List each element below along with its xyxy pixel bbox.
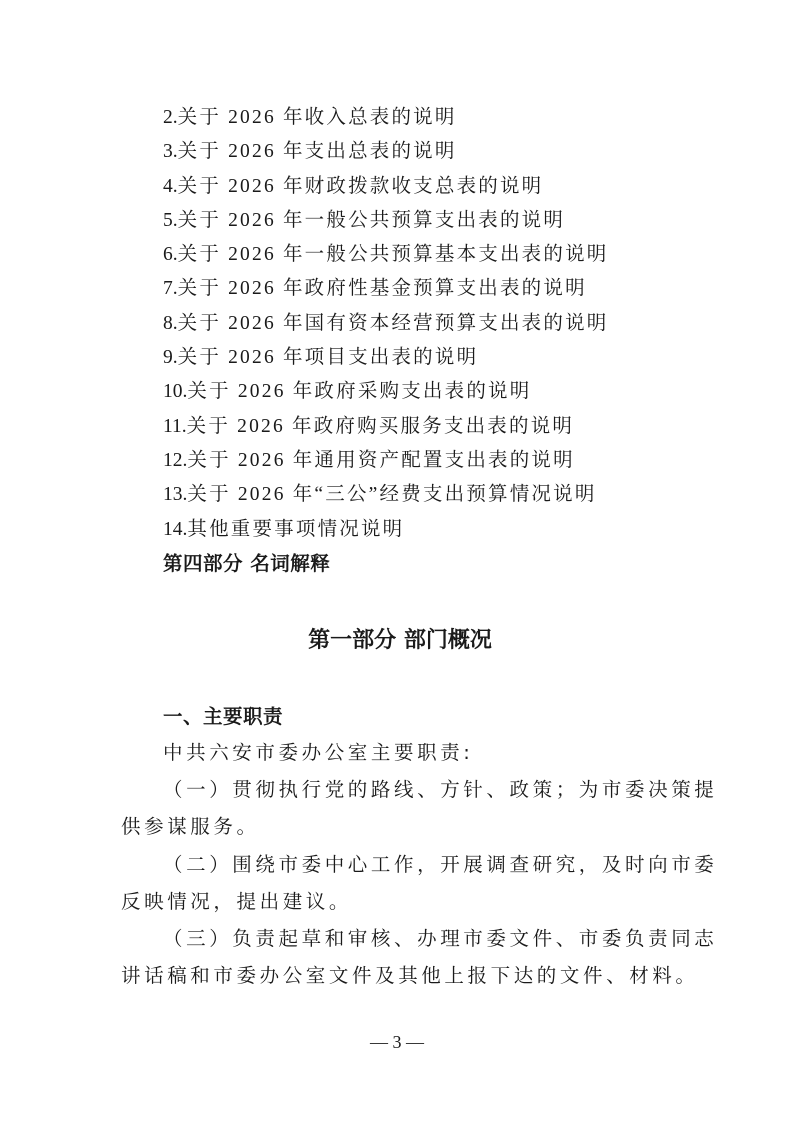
toc-item-text: 关于 2026 年一般公共预算支出表的说明 [178,210,565,231]
toc-item-number: 4. [163,176,178,197]
toc-item: 3.关于 2026 年支出总表的说明 [163,135,683,169]
toc-item: 11.关于 2026 年政府购买服务支出表的说明 [163,410,683,444]
toc-item-number: 12. [163,450,187,471]
toc-item-text: 关于 2026 年国有资本经营预算支出表的说明 [178,313,609,334]
paragraph: （三）负责起草和审核、办理市委文件、市委负责同志 讲话稿和市委办公室文件及其他上… [121,920,681,994]
paragraph: （二）围绕市委中心工作，开展调查研究，及时向市委 反映情况，提出建议。 [121,846,681,920]
toc-item-number: 11. [163,416,187,437]
toc-item-number: 7. [163,278,178,299]
toc-item-text: 其他重要事项情况说明 [187,519,404,540]
paragraph: 中共六安市委办公室主要职责: [121,734,681,771]
paragraph-line: 反映情况，提出建议。 [121,883,681,920]
toc-item: 8.关于 2026 年国有资本经营预算支出表的说明 [163,307,683,341]
toc-item: 10.关于 2026 年政府采购支出表的说明 [163,375,683,409]
toc-item: 2.关于 2026 年收入总表的说明 [163,101,683,135]
toc-item-text: 关于 2026 年收入总表的说明 [178,107,457,128]
toc-item: 9.关于 2026 年项目支出表的说明 [163,341,683,375]
paragraph-line: 供参谋服务。 [121,808,681,845]
toc-item-number: 2. [163,107,178,128]
toc-item: 5.关于 2026 年一般公共预算支出表的说明 [163,204,683,238]
toc-item-number: 6. [163,244,178,265]
toc-item: 12.关于 2026 年通用资产配置支出表的说明 [163,444,683,478]
document-page: 2.关于 2026 年收入总表的说明 3.关于 2026 年支出总表的说明 4.… [0,0,794,1122]
toc-item-text: 关于 2026 年支出总表的说明 [178,141,457,162]
paragraph-line: 讲话稿和市委办公室文件及其他上报下达的文件、材料。 [121,957,681,994]
toc-item-text: 关于 2026 年一般公共预算基本支出表的说明 [178,244,609,265]
toc-item-number: 3. [163,141,178,162]
toc-part-heading: 第四部分 名词解释 [163,547,683,581]
toc-item: 7.关于 2026 年政府性基金预算支出表的说明 [163,272,683,306]
section-subheading: 一、主要职责 [163,700,283,734]
toc-item-text: 关于 2026 年通用资产配置支出表的说明 [187,450,574,471]
paragraph-line: （三）负责起草和审核、办理市委文件、市委负责同志 [121,920,681,957]
toc-item: 4.关于 2026 年财政拨款收支总表的说明 [163,170,683,204]
toc-item-text: 关于 2026 年政府性基金预算支出表的说明 [178,278,587,299]
toc-item: 14.其他重要事项情况说明 [163,513,683,547]
toc-item-text: 关于 2026 年财政拨款收支总表的说明 [178,176,544,197]
paragraph: （一）贯彻执行党的路线、方针、政策；为市委决策提 供参谋服务。 [121,771,681,845]
toc-item: 6.关于 2026 年一般公共预算基本支出表的说明 [163,238,683,272]
toc-item-number: 8. [163,313,178,334]
section-body: 中共六安市委办公室主要职责: （一）贯彻执行党的路线、方针、政策；为市委决策提 … [121,734,681,994]
toc-item: 13.关于 2026 年“三公”经费支出预算情况说明 [163,478,683,512]
toc-item-text: 关于 2026 年“三公”经费支出预算情况说明 [187,484,596,505]
toc-item-number: 9. [163,347,178,368]
toc-item-number: 13. [163,484,187,505]
paragraph-line: （一）贯彻执行党的路线、方针、政策；为市委决策提 [121,771,681,808]
section-title: 第一部分 部门概况 [0,623,794,659]
toc-item-number: 14. [163,519,187,540]
paragraph-line: 中共六安市委办公室主要职责: [121,734,681,771]
paragraph-line: （二）围绕市委中心工作，开展调查研究，及时向市委 [121,846,681,883]
table-of-contents: 2.关于 2026 年收入总表的说明 3.关于 2026 年支出总表的说明 4.… [163,101,683,581]
toc-item-text: 关于 2026 年政府采购支出表的说明 [187,381,531,402]
toc-item-number: 5. [163,210,178,231]
toc-item-text: 关于 2026 年项目支出表的说明 [178,347,479,368]
page-number: — 3 — [0,1029,794,1055]
toc-item-number: 10. [163,381,187,402]
toc-item-text: 关于 2026 年政府购买服务支出表的说明 [187,416,574,437]
